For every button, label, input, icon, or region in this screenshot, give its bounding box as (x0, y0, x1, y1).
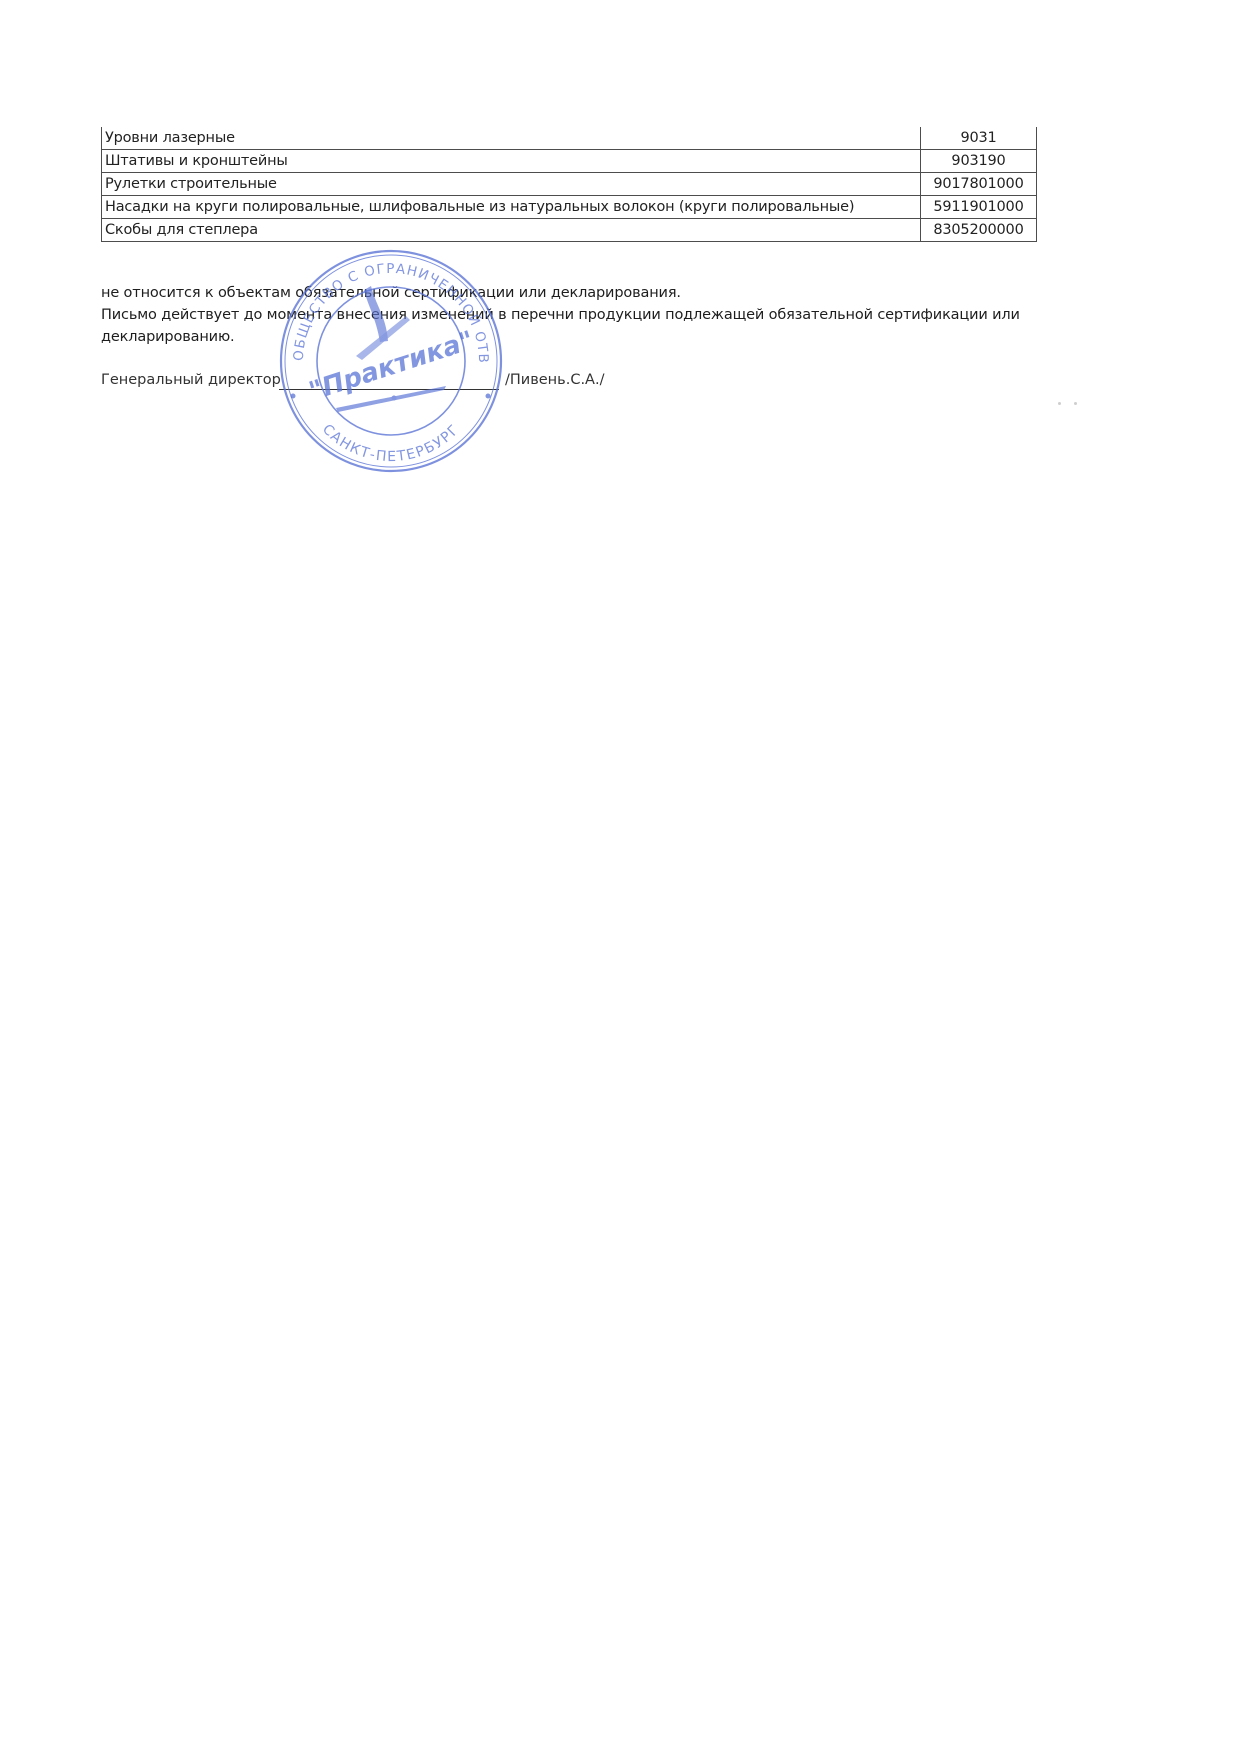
svg-text:САНКТ-ПЕТЕРБУРГ: САНКТ-ПЕТЕРБУРГ (319, 421, 463, 465)
product-name-cell: Уровни лазерные (102, 127, 921, 150)
table-row: Уровни лазерные9031 (102, 127, 1037, 150)
table-row: Насадки на круги полировальные, шлифовал… (102, 196, 1037, 219)
signatory-name: /Пивень.С.А./ (505, 372, 604, 388)
product-name-cell: Штативы и кронштейны (102, 150, 921, 173)
product-code-cell: 9031 (921, 127, 1037, 150)
table-row: Рулетки строительные9017801000 (102, 173, 1037, 196)
body-text-line-3: декларированию. (101, 329, 234, 345)
signature-line (279, 389, 499, 390)
table-row: Штативы и кронштейны903190 (102, 150, 1037, 173)
product-code-cell: 8305200000 (921, 219, 1037, 242)
body-text-line-1: не относится к объектам обязательной сер… (101, 285, 681, 301)
scan-specks (1058, 402, 1088, 408)
company-stamp-icon: ОБЩЕСТВО С ОГРАНИЧЕННОЙ ОТВЕТСТВЕННОСТЬЮ… (276, 246, 506, 476)
product-name-cell: Рулетки строительные (102, 173, 921, 196)
product-code-cell: 5911901000 (921, 196, 1037, 219)
svg-text:"Практика": "Практика" (306, 326, 478, 407)
product-codes-table: Уровни лазерные9031Штативы и кронштейны9… (101, 127, 1037, 242)
product-name-cell: Скобы для степлера (102, 219, 921, 242)
table-row: Скобы для степлера8305200000 (102, 219, 1037, 242)
document-page: Уровни лазерные9031Штативы и кронштейны9… (0, 0, 1240, 1753)
signatory-title: Генеральный директор (101, 372, 281, 388)
product-code-cell: 903190 (921, 150, 1037, 173)
body-text-line-2: Письмо действует до момента внесения изм… (101, 307, 1020, 323)
product-code-cell: 9017801000 (921, 173, 1037, 196)
product-name-cell: Насадки на круги полировальные, шлифовал… (102, 196, 921, 219)
svg-text:ОБЩЕСТВО С ОГРАНИЧЕННОЙ ОТВЕТС: ОБЩЕСТВО С ОГРАНИЧЕННОЙ ОТВЕТСТВЕННОСТЬЮ (276, 246, 491, 364)
